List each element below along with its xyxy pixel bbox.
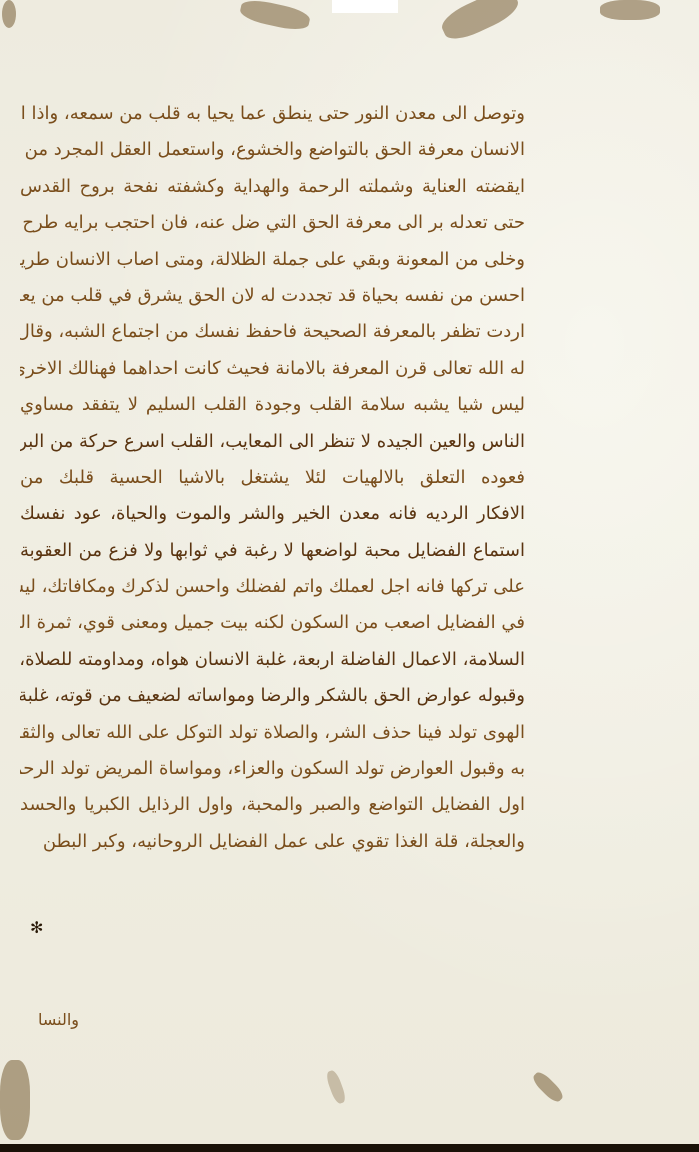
text-line: الهوى تولد فينا حذف الشر، والصلاة تولد ا…: [20, 715, 525, 751]
text-line: به وقبول العوارض تولد السكون والعزاء، وم…: [20, 751, 525, 787]
catchword: والنسا: [38, 1010, 79, 1029]
text-line: وخلى من المعونة وبقي على جملة الظلالة، و…: [20, 242, 525, 278]
text-line: له الله تعالى قرن المعرفة بالامانة فحيث …: [20, 351, 525, 387]
damage-stain: [2, 0, 16, 28]
text-line: وقبوله عوارض الحق بالشكر والرضا ومواساته…: [20, 678, 525, 714]
text-line: ايقضته العناية وشملته الرحمة والهداية وك…: [20, 169, 525, 205]
text-line: ليس شيا يشبه سلامة القلب وجودة القلب الس…: [20, 387, 525, 423]
marginal-mark-icon: ✻: [30, 918, 43, 937]
damage-stain: [325, 1069, 348, 1105]
text-line: على تركها فانه اجل لعملك واتم لفضلك واحس…: [20, 569, 525, 605]
page-edge: [0, 1144, 699, 1152]
text-line: فعوده التعلق بالالهيات لئلا يشتغل بالاشي…: [20, 460, 525, 496]
text-line: وتوصل الى معدن النور حتى ينطق عما يحيا ب…: [20, 96, 525, 132]
manuscript-text: وتوصل الى معدن النور حتى ينطق عما يحيا ب…: [20, 96, 525, 860]
text-line: الانسان معرفة الحق بالتواضع والخشوع، واس…: [20, 132, 525, 168]
text-line: اول الفضايل التواضع والصبر والمحبة، واول…: [20, 787, 525, 823]
manuscript-page: وتوصل الى معدن النور حتى ينطق عما يحيا ب…: [0, 0, 699, 1152]
text-line: والعجلة، قلة الغذا تقوي على عمل الفضايل …: [20, 824, 525, 860]
damage-stain: [238, 0, 311, 33]
text-line: استماع الفضايل محبة لواضعها لا رغبة في ث…: [20, 533, 525, 569]
text-line: في الفضايل اصعب من السكون لكنه بيت جميل …: [20, 605, 525, 641]
text-line: اردت تظفر بالمعرفة الصحيحة فاحفظ نفسك من…: [20, 314, 525, 350]
paper-patch: [332, 0, 398, 13]
damage-stain: [530, 1069, 565, 1104]
damage-stain: [0, 1060, 30, 1140]
damage-stain: [437, 0, 522, 45]
text-line: الناس والعين الجيده لا تنظر الى المعايب،…: [20, 424, 525, 460]
text-line: السلامة، الاعمال الفاضلة اربعة، غلبة الا…: [20, 642, 525, 678]
damage-stain: [600, 0, 660, 20]
text-line: حتى تعدله بر الى معرفة الحق التي ضل عنه،…: [20, 205, 525, 241]
text-line: احسن من نفسه بحياة قد تجددت له لان الحق …: [20, 278, 525, 314]
text-line: الافكار الرديه فانه معدن الخير والشر وال…: [20, 496, 525, 532]
